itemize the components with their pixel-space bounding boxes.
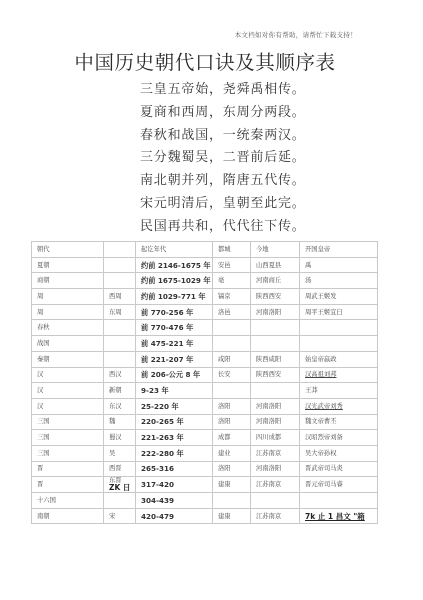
table-row: 商朝约前 1675-1029 年亳河南商丘汤 [32, 273, 378, 289]
table-row: 汉新朝9-23 年王莽 [32, 383, 378, 399]
dynasty-cell: 周 [32, 289, 104, 305]
capital-cell: 建业 [213, 445, 251, 461]
header-capital: 都城 [213, 242, 251, 258]
table-header-row: 朝代 起讫年代 都城 今地 开国皇帝 [32, 242, 378, 258]
table-row: 晋西晋265-316洛阳河南洛阳晋武帝司马炎 [32, 461, 378, 477]
dynasty-cell: 十六国 [32, 493, 104, 509]
present-location-cell: 江苏南京 [251, 445, 300, 461]
years-cell: 前 770-476 年 [136, 320, 213, 336]
dynasty-cell: 秦朝 [32, 351, 104, 367]
present-location-cell [251, 383, 300, 399]
capital-cell: 洛阳 [213, 461, 251, 477]
table-row: 周东周前 770-256 年洛邑河南洛阳周平王姬宜臼 [32, 304, 378, 320]
poem-line: 三皇五帝始，尧舜禹相传。 [140, 79, 306, 102]
download-support-note: 本文档如对你有帮助，请帮忙下载支持！ [235, 30, 357, 39]
years-cell: 9-23 年 [136, 383, 213, 399]
dynasty-table: 朝代 起讫年代 都城 今地 开国皇帝 夏朝约前 2146-1675 年安邑山西夏… [31, 241, 378, 524]
years-cell: 前 475-221 年 [136, 336, 213, 352]
capital-cell: 镐京 [213, 289, 251, 305]
present-location-cell: 四川成都 [251, 430, 300, 446]
present-location-cell: 陕西西安 [251, 289, 300, 305]
dynasty-cell: 晋 [32, 461, 104, 477]
founder-cell [300, 493, 378, 509]
sub-period-cell: 西汉 [104, 367, 136, 383]
years-cell: 317-420 [136, 477, 213, 493]
present-location-cell: 陕西咸阳 [251, 351, 300, 367]
sub-period-cell: 东晋ZK 日 [104, 477, 136, 493]
present-location-cell: 河南洛阳 [251, 461, 300, 477]
years-cell: 约前 1029-771 年 [136, 289, 213, 305]
page-title: 中国历史朝代口诀及其顺序表 [0, 47, 410, 75]
sub-period-cell [104, 257, 136, 273]
sub-period-cell [104, 273, 136, 289]
header-present-location: 今地 [251, 242, 300, 258]
founder-cell [300, 320, 378, 336]
table-row: 秦朝前 221-207 年咸阳陕西咸阳始皇帝嬴政 [32, 351, 378, 367]
sub-period-cell: 东周 [104, 304, 136, 320]
years-cell: 前 206-公元 8 年 [136, 367, 213, 383]
table-row: 十六国304-439 [32, 493, 378, 509]
dynasty-cell: 周 [32, 304, 104, 320]
sub-period-cell: 魏 [104, 414, 136, 430]
founder-cell: 周武王姬发 [300, 289, 378, 305]
dynasty-cell: 汉 [32, 383, 104, 399]
capital-cell [213, 336, 251, 352]
founder-cell: 王莽 [300, 383, 378, 399]
sub-period-bottom: ZK 日 [109, 484, 135, 492]
poem-line: 夏商和西周，东周分两段。 [140, 102, 306, 125]
capital-cell: 成都 [213, 430, 251, 446]
table-row: 晋东晋ZK 日317-420建康江苏南京晋元帝司马睿 [32, 477, 378, 493]
sub-period-cell [104, 336, 136, 352]
sub-period-cell [104, 320, 136, 336]
years-cell: 前 221-207 年 [136, 351, 213, 367]
sub-period-cell [104, 351, 136, 367]
dynasty-cell: 晋 [32, 477, 104, 493]
header-years: 起讫年代 [136, 242, 213, 258]
sub-period-cell: 西周 [104, 289, 136, 305]
founder-cell: 汉高祖刘邦 [300, 367, 378, 383]
years-cell: 221-263 年 [136, 430, 213, 446]
table-row: 汉东汉25-220 年洛阳河南洛阳汉光武帝刘秀 [32, 398, 378, 414]
poem-line: 春秋和战国，一统秦两汉。 [140, 125, 306, 148]
sub-period-cell: 蜀汉 [104, 430, 136, 446]
table-row: 夏朝约前 2146-1675 年安邑山西夏县禹 [32, 257, 378, 273]
sub-period-cell: 宋 [104, 508, 136, 524]
present-location-cell: 山西夏县 [251, 257, 300, 273]
founder-cell: 周平王姬宜臼 [300, 304, 378, 320]
capital-cell: 洛阳 [213, 398, 251, 414]
founder-cell [300, 336, 378, 352]
founder-cell: 7k 止 1 昌文 "箱 [300, 508, 378, 524]
present-location-cell: 江苏南京 [251, 508, 300, 524]
present-location-cell: 江苏南京 [251, 477, 300, 493]
poem-line: 三分魏蜀吴，二晋前后延。 [140, 147, 306, 170]
years-cell: 前 770-256 年 [136, 304, 213, 320]
dynasty-cell: 夏朝 [32, 257, 104, 273]
dynasty-cell: 三国 [32, 414, 104, 430]
present-location-cell [251, 336, 300, 352]
dynasty-cell: 春秋 [32, 320, 104, 336]
founder-cell: 晋元帝司马睿 [300, 477, 378, 493]
founder-cell: 汉光武帝刘秀 [300, 398, 378, 414]
capital-cell: 洛阳 [213, 414, 251, 430]
dynasty-cell: 汉 [32, 367, 104, 383]
founder-cell: 晋武帝司马炎 [300, 461, 378, 477]
dynasty-cell: 三国 [32, 430, 104, 446]
table-row: 战国前 475-221 年 [32, 336, 378, 352]
table-row: 周西周约前 1029-771 年镐京陕西西安周武王姬发 [32, 289, 378, 305]
mnemonic-poem: 三皇五帝始，尧舜禹相传。 夏商和西周，东周分两段。 春秋和战国，一统秦两汉。 三… [140, 79, 306, 239]
present-location-cell: 河南商丘 [251, 273, 300, 289]
capital-cell [213, 320, 251, 336]
poem-line: 宋元明清后，皇朝至此完。 [140, 193, 306, 216]
present-location-cell: 河南洛阳 [251, 414, 300, 430]
header-founding-emperor: 开国皇帝 [300, 242, 378, 258]
header-dynasty: 朝代 [32, 242, 104, 258]
dynasty-cell: 汉 [32, 398, 104, 414]
years-cell: 约前 2146-1675 年 [136, 257, 213, 273]
present-location-cell: 河南洛阳 [251, 398, 300, 414]
table-row: 南朝宋420-479建康江苏南京7k 止 1 昌文 "箱 [32, 508, 378, 524]
sub-period-cell: 东汉 [104, 398, 136, 414]
capital-cell: 咸阳 [213, 351, 251, 367]
founder-cell: 禹 [300, 257, 378, 273]
years-cell: 265-316 [136, 461, 213, 477]
poem-line: 民国再共和，代代往下传。 [140, 216, 306, 239]
sub-period-cell: 西晋 [104, 461, 136, 477]
founder-cell: 吴大帝孙权 [300, 445, 378, 461]
present-location-cell [251, 320, 300, 336]
dynasty-cell: 三国 [32, 445, 104, 461]
table-row: 三国蜀汉221-263 年成都四川成都汉昭烈帝刘备 [32, 430, 378, 446]
sub-period-cell: 新朝 [104, 383, 136, 399]
founder-cell: 始皇帝嬴政 [300, 351, 378, 367]
capital-cell: 安邑 [213, 257, 251, 273]
years-cell: 304-439 [136, 493, 213, 509]
capital-cell [213, 493, 251, 509]
founder-cell: 魏文帝曹丕 [300, 414, 378, 430]
sub-period-cell: 吴 [104, 445, 136, 461]
years-cell: 约前 1675-1029 年 [136, 273, 213, 289]
capital-cell: 建康 [213, 477, 251, 493]
present-location-cell: 河南洛阳 [251, 304, 300, 320]
years-cell: 420-479 [136, 508, 213, 524]
dynasty-cell: 商朝 [32, 273, 104, 289]
table-row: 三国吴222-280 年建业江苏南京吴大帝孙权 [32, 445, 378, 461]
years-cell: 222-280 年 [136, 445, 213, 461]
table-row: 春秋前 770-476 年 [32, 320, 378, 336]
table-row: 汉西汉前 206-公元 8 年长安陕西西安汉高祖刘邦 [32, 367, 378, 383]
capital-cell: 亳 [213, 273, 251, 289]
dynasty-cell: 南朝 [32, 508, 104, 524]
capital-cell: 建康 [213, 508, 251, 524]
capital-cell: 长安 [213, 367, 251, 383]
years-cell: 25-220 年 [136, 398, 213, 414]
capital-cell [213, 383, 251, 399]
present-location-cell [251, 493, 300, 509]
sub-period-cell [104, 493, 136, 509]
present-location-cell: 陕西西安 [251, 367, 300, 383]
poem-line: 南北朝并列，隋唐五代传。 [140, 170, 306, 193]
dynasty-cell: 战国 [32, 336, 104, 352]
founder-cell: 汤 [300, 273, 378, 289]
years-cell: 220-265 年 [136, 414, 213, 430]
founder-cell: 汉昭烈帝刘备 [300, 430, 378, 446]
capital-cell: 洛邑 [213, 304, 251, 320]
header-sub-period [104, 242, 136, 258]
table-row: 三国魏220-265 年洛阳河南洛阳魏文帝曹丕 [32, 414, 378, 430]
